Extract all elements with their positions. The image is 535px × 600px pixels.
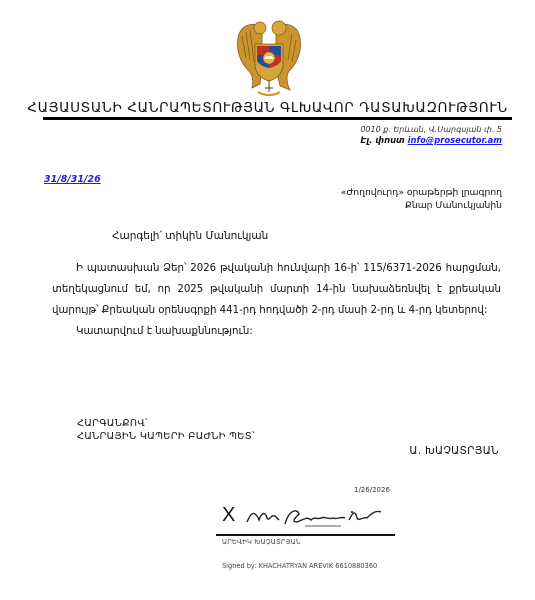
header-divider <box>43 117 512 120</box>
reference-number-link[interactable]: 31/8/31/26 <box>44 174 101 185</box>
body-paragraph-2: Կատարվում է նախաքննություն: <box>52 321 501 342</box>
salutation: Հարգելի՛ տիկին Մանուկյան <box>112 230 268 242</box>
addressee-block: «Ժողովուրդ» օրաթերթի լրագրող Քնար Մանուկ… <box>341 186 502 212</box>
signature-line <box>216 534 395 536</box>
closing-regards: ՀԱՐԳԱՆՔՈՎ՝ <box>77 417 255 430</box>
closing-block: ՀԱՐԳԱՆՔՈՎ՝ ՀԱՆՐԱՅԻՆ ԿԱՊԵՐԻ ԲԱԺՆԻ ՊԵՏ՝ <box>77 417 255 443</box>
addressee-line-1: «Ժողովուրդ» օրաթերթի լրագրող <box>341 186 502 199</box>
body-paragraph-1: Ի պատասխան Ձեր՝ 2026 թվականի հունվարի 16… <box>52 258 501 321</box>
email-link[interactable]: info@prosecutor.am <box>408 135 502 145</box>
email-row: Էլ. փոստ info@prosecutor.am <box>360 135 502 146</box>
organization-title: ՀԱՅԱՍՏԱՆԻ ՀԱՆՐԱՊԵՏՈՒԹՅԱՆ ԳԼԽԱՎՈՐ ԴԱՏԱԽԱԶ… <box>0 100 535 116</box>
letter-body: Ի պատասխան Ձեր՝ 2026 թվականի հունվարի 16… <box>52 258 501 342</box>
signed-by-text: Signed by: KHACHATRYAN AREVIK 6610880360 <box>222 562 377 570</box>
closing-position: ՀԱՆՐԱՅԻՆ ԿԱՊԵՐԻ ԲԱԺՆԻ ՊԵՏ՝ <box>77 430 255 443</box>
addressee-line-2: Քնար Մանուկյանին <box>341 199 502 212</box>
armenia-coat-of-arms-icon <box>232 18 306 98</box>
signature-date: 1/26/2026 <box>354 486 390 494</box>
email-label: Էլ. փոստ <box>360 135 404 145</box>
office-address: 0010 ք. Երևան, Վ.Սարգսյան փ. 5 <box>360 124 502 135</box>
signature-x-mark: X <box>222 504 235 527</box>
handwritten-signature-icon <box>245 506 385 528</box>
signer-name: Ա. ԽԱՉԱՏՐՅԱՆ <box>409 445 499 457</box>
signature-caption: ԱՐԵՎԻԿ ԽԱՉԱՏՐՅԱՆ <box>222 538 301 546</box>
